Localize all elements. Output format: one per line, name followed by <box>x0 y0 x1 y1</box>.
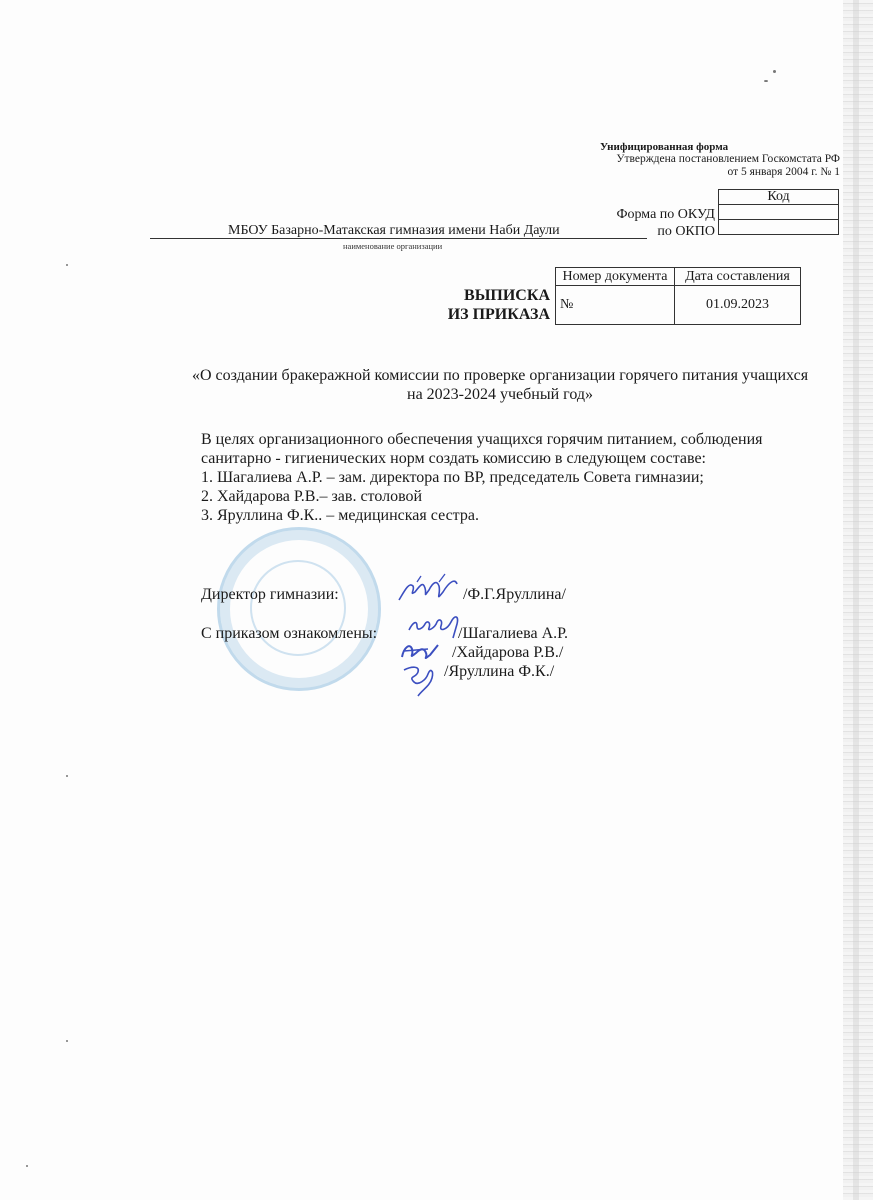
codes-table: Код <box>718 189 839 235</box>
director-label: Директор гимназии: <box>201 585 339 604</box>
order-intro: В целях организационного обеспечения уча… <box>201 430 811 468</box>
director-name: /Ф.Г.Яруллина/ <box>463 585 566 604</box>
document-type-line1: ВЫПИСКА <box>420 286 550 305</box>
scan-speck <box>26 1165 28 1167</box>
form-approved-by: Утверждена постановлением Госкомстата РФ <box>560 153 840 165</box>
order-title: «О создании бракеражной комиссии по пров… <box>190 366 810 404</box>
doc-date-header: Дата составления <box>675 268 801 286</box>
official-stamp <box>217 527 381 691</box>
doc-number-value: № <box>556 286 675 325</box>
form-type-title: Унифицированная форма <box>600 141 840 153</box>
scan-speck <box>66 775 68 777</box>
organization-underline <box>150 238 647 239</box>
acquainted-name: /Хайдарова Р.В./ <box>452 643 563 662</box>
member-item: 1. Шагалиева А.Р. – зам. директора по ВР… <box>201 468 821 487</box>
codes-header: Код <box>719 190 839 205</box>
scan-speck <box>773 70 776 73</box>
acquainted-name: /Яруллина Ф.К./ <box>444 662 554 681</box>
document-type-line2: ИЗ ПРИКАЗА <box>420 305 550 324</box>
document-type: ВЫПИСКА ИЗ ПРИКАЗА <box>420 286 550 324</box>
form-approved-date: от 5 января 2004 г. № 1 <box>560 166 840 178</box>
scan-speck <box>764 80 768 82</box>
okud-code-cell <box>719 205 839 220</box>
document-number-table: Номер документа Дата составления № 01.09… <box>555 267 801 325</box>
acquainted-label: С приказом ознакомлены: <box>201 624 377 643</box>
okud-label: Форма по ОКУД <box>560 207 715 223</box>
organization-name: МБОУ Базарно-Матакская гимназия имени На… <box>150 223 725 239</box>
member-item: 3. Яруллина Ф.К.. – медицинская сестра. <box>201 506 821 525</box>
member-item: 2. Хайдарова Р.В.– зав. столовой <box>201 487 821 506</box>
scan-speck <box>66 264 68 266</box>
director-signature-icon <box>395 572 465 612</box>
doc-number-header: Номер документа <box>556 268 675 286</box>
doc-date-value: 01.09.2023 <box>675 286 801 325</box>
scan-speck <box>66 1040 68 1042</box>
organization-caption: наименование организации <box>150 241 840 251</box>
signature-yarullina-icon <box>398 660 443 700</box>
okpo-code-cell <box>719 220 839 235</box>
order-body: В целях организационного обеспечения уча… <box>201 430 821 525</box>
scan-edge-shadow <box>853 0 859 1200</box>
acquainted-name: /Шагалиева А.Р. <box>458 624 568 643</box>
